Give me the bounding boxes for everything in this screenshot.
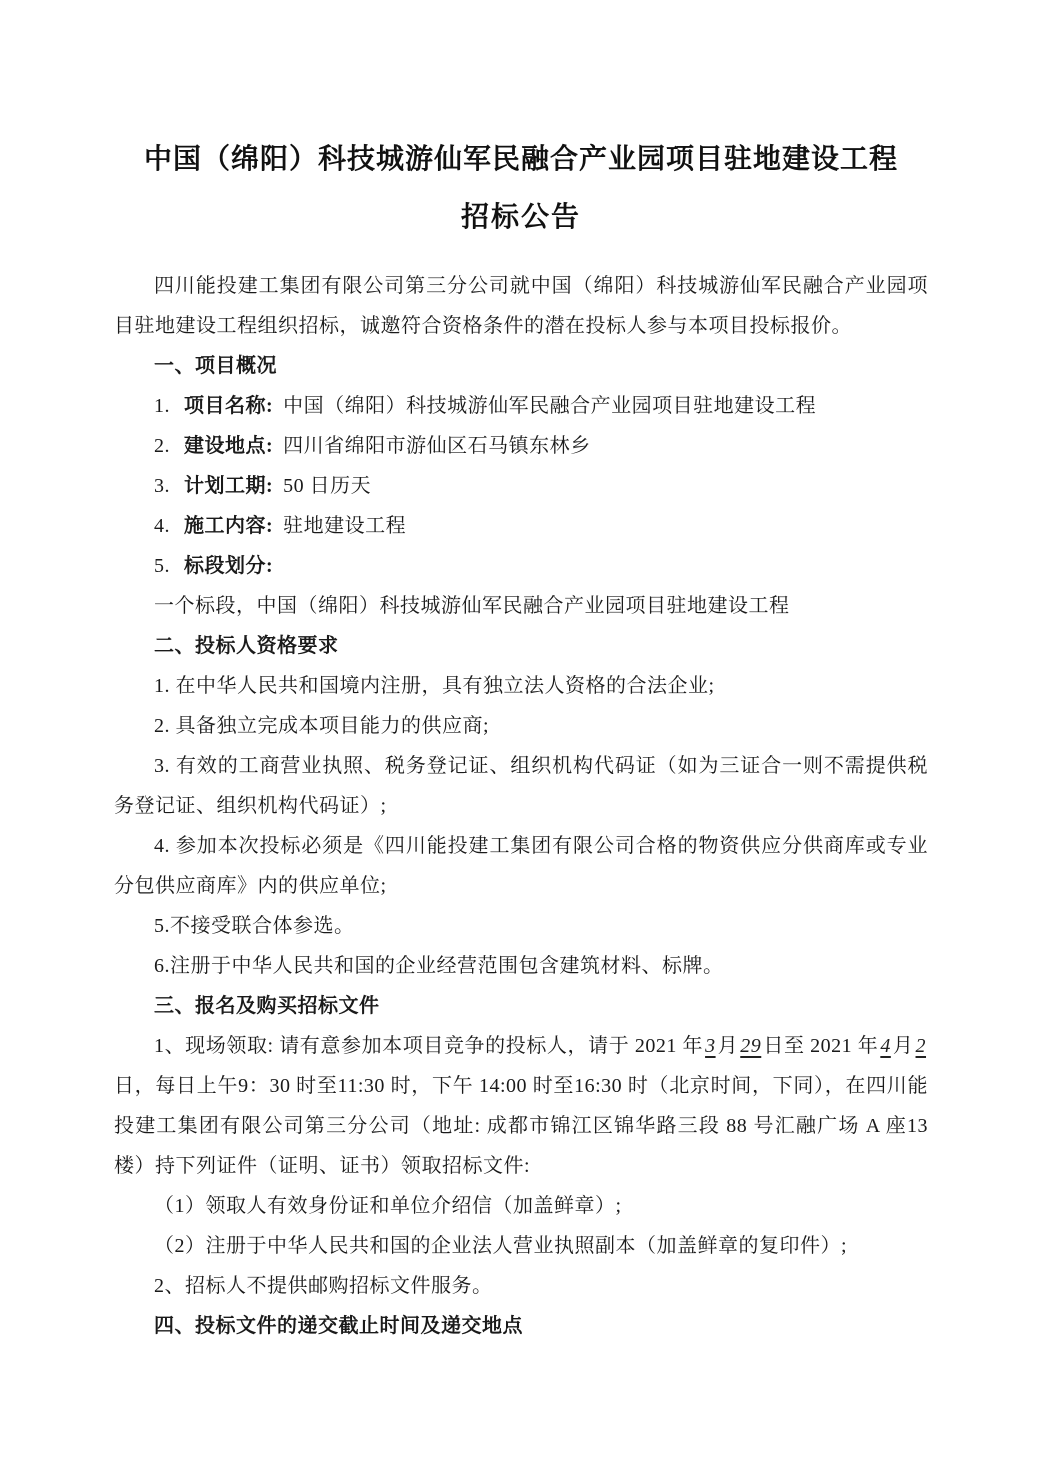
item-number: 2. xyxy=(154,435,170,457)
item-project-name: 1.项目名称:中国（绵阳）科技城游仙军民融合产业园项目驻地建设工程 xyxy=(114,386,928,426)
handwritten-day-from: 29 xyxy=(738,1035,763,1057)
doc-title: 中国（绵阳）科技城游仙军民融合产业园项目驻地建设工程 xyxy=(114,138,928,182)
qualification-item-6: 6.注册于中华人民共和国的企业经营范围包含建筑材料、标牌。 xyxy=(114,946,928,986)
item-number: 1. xyxy=(154,395,170,417)
item-number: 5. xyxy=(154,555,170,577)
item-label: 项目名称: xyxy=(184,395,273,417)
pickup-text-pre: 1、现场领取: 请有意参加本项目竞争的投标人，请于 2021 年 xyxy=(154,1035,703,1057)
item-value: 50 日历天 xyxy=(283,475,371,497)
pickup-sep-3: 月 xyxy=(893,1035,914,1057)
pickup-sep-2: 日至 2021 年 xyxy=(763,1035,878,1057)
no-mail-order-note: 2、招标人不提供邮购招标文件服务。 xyxy=(114,1266,928,1306)
doc-subtitle: 招标公告 xyxy=(114,196,928,240)
qualification-item-1: 1. 在中华人民共和国境内注册，具有独立法人资格的合法企业; xyxy=(114,666,928,706)
pickup-sub-item-2: （2）注册于中华人民共和国的企业法人营业执照副本（加盖鲜章的复印件）; xyxy=(114,1226,928,1266)
handwritten-month-to: 4 xyxy=(878,1035,893,1057)
item-label: 标段划分: xyxy=(184,555,273,577)
item-number: 4. xyxy=(154,515,170,537)
item-label: 计划工期: xyxy=(184,475,273,497)
doc-body: 四川能投建工集团有限公司第三分公司就中国（绵阳）科技城游仙军民融合产业园项目驻地… xyxy=(114,266,928,1346)
qualification-item-2: 2. 具备独立完成本项目能力的供应商; xyxy=(114,706,928,746)
pickup-sep-1: 月 xyxy=(718,1035,739,1057)
section-2-heading: 二、投标人资格要求 xyxy=(114,626,928,666)
item-planned-duration: 3.计划工期:50 日历天 xyxy=(114,466,928,506)
document-content: 中国（绵阳）科技城游仙军民融合产业园项目驻地建设工程 招标公告 四川能投建工集团… xyxy=(114,138,928,1346)
item-lot-division: 5.标段划分: xyxy=(114,546,928,586)
section-4-heading: 四、投标文件的递交截止时间及递交地点 xyxy=(114,1306,928,1346)
item-value: 中国（绵阳）科技城游仙军民融合产业园项目驻地建设工程 xyxy=(283,395,816,417)
lot-note: 一个标段，中国（绵阳）科技城游仙军民融合产业园项目驻地建设工程 xyxy=(114,586,928,626)
item-number: 3. xyxy=(154,475,170,497)
intro-paragraph: 四川能投建工集团有限公司第三分公司就中国（绵阳）科技城游仙军民融合产业园项目驻地… xyxy=(114,266,928,346)
item-construction-content: 4.施工内容:驻地建设工程 xyxy=(114,506,928,546)
item-label: 施工内容: xyxy=(184,515,273,537)
handwritten-month-from: 3 xyxy=(703,1035,718,1057)
qualification-item-4: 4. 参加本次投标必须是《四川能投建工集团有限公司合格的物资供应分供商库或专业分… xyxy=(114,826,928,906)
item-label: 建设地点: xyxy=(184,435,273,457)
item-value: 四川省绵阳市游仙区石马镇东林乡 xyxy=(283,435,591,457)
item-value: 驻地建设工程 xyxy=(283,515,406,537)
pickup-sub-item-1: （1）领取人有效身份证和单位介绍信（加盖鲜章）; xyxy=(114,1186,928,1226)
item-build-location: 2.建设地点:四川省绵阳市游仙区石马镇东林乡 xyxy=(114,426,928,466)
pickup-text-post: 日，每日上午9：30 时至11:30 时，下午 14:00 时至16:30 时（… xyxy=(114,1075,928,1177)
qualification-item-3: 3. 有效的工商营业执照、税务登记证、组织机构代码证（如为三证合一则不需提供税务… xyxy=(114,746,928,826)
section-1-heading: 一、项目概况 xyxy=(114,346,928,386)
section-3-heading: 三、报名及购买招标文件 xyxy=(114,986,928,1026)
document-page: 中国（绵阳）科技城游仙军民融合产业园项目驻地建设工程 招标公告 四川能投建工集团… xyxy=(0,0,1042,1473)
pickup-paragraph: 1、现场领取: 请有意参加本项目竞争的投标人，请于 2021 年3月29日至 2… xyxy=(114,1026,928,1186)
handwritten-day-to: 2 xyxy=(914,1035,929,1057)
qualification-item-5: 5.不接受联合体参选。 xyxy=(114,906,928,946)
